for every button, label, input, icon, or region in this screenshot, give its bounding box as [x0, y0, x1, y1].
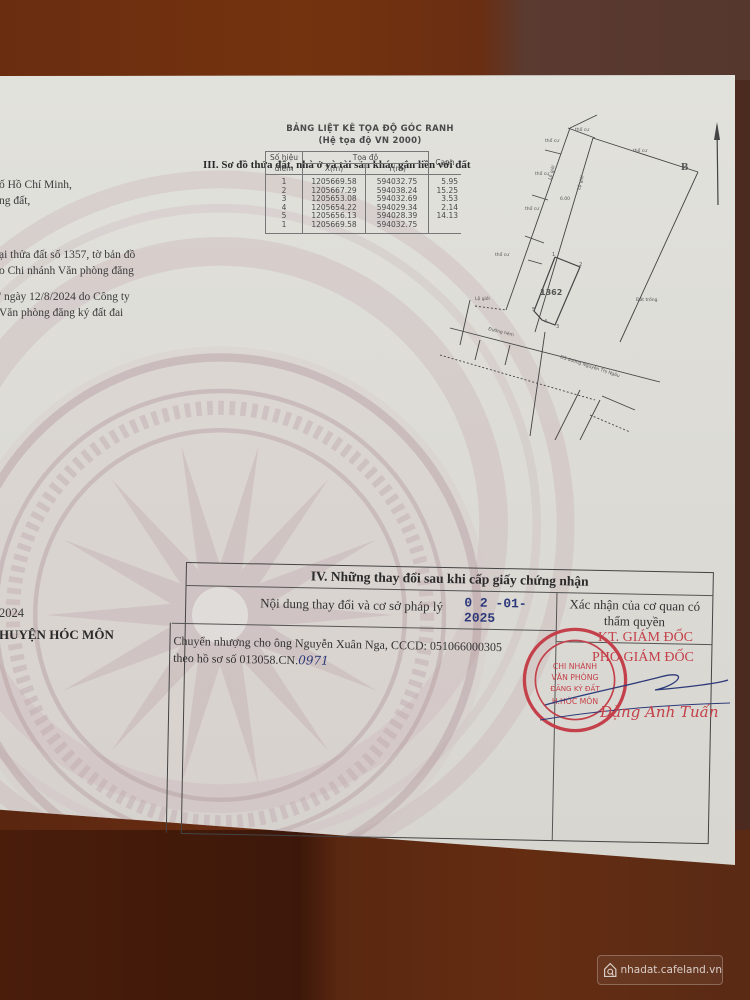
coord-cell-point: 1	[266, 175, 303, 187]
site-watermark: nhadat.cafeland.vn	[597, 955, 723, 985]
svg-text:ĐS đường Nguyễn Thị Ngâu: ĐS đường Nguyễn Thị Ngâu	[559, 353, 621, 379]
svg-text:1362: 1362	[540, 288, 562, 297]
coord-cell-y: 594032.75	[366, 175, 429, 187]
svg-text:thổ cư: thổ cư	[525, 205, 540, 212]
date-stamp: 0 2 -01- 2025	[464, 595, 557, 627]
svg-text:5: 5	[532, 307, 535, 313]
left-text-line: ại thửa đất số 1357, tờ bản đồ	[0, 249, 135, 261]
svg-text:Lộ giới: Lộ giới	[475, 295, 490, 302]
svg-text:1: 1	[552, 252, 555, 258]
svg-text:Đất trống: Đất trống	[636, 296, 658, 303]
coord-row: 41205654.22594029.342.14	[266, 204, 462, 213]
left-text-line: o Chi nhánh Văn phòng đăng	[0, 265, 134, 277]
entry-line-2: theo hồ sơ số 013058.CN.	[173, 651, 298, 667]
left-text-line: Văn phòng đăng ký đất đai	[0, 307, 123, 319]
svg-text:thổ cư: thổ cư	[575, 126, 590, 133]
coord-table-subtitle: (Hệ tọa độ VN 2000)	[280, 136, 460, 146]
coord-row: 11205669.58594032.755.95	[266, 175, 462, 187]
left-text-line: ố Hồ Chí Minh,	[0, 179, 72, 191]
sign-title-deputy: PHÓ GIÁM ĐỐC	[592, 650, 694, 666]
coord-row: 31205653.08594032.693.53	[266, 195, 462, 204]
header-point: Số hiệu điểm	[266, 152, 303, 175]
left-text-line: ng đất,	[0, 195, 30, 207]
header-coords: Tọa độ	[303, 152, 429, 164]
watermark-text: nhadat.cafeland.vn	[620, 964, 722, 976]
left-text-line: ' ngày 12/8/2024 do Công ty	[0, 291, 130, 303]
svg-text:3: 3	[556, 324, 559, 330]
svg-text:thổ cư: thổ cư	[495, 251, 510, 258]
change-entry: Chuyển nhượng cho ông Nguyễn Xuân Nga, C…	[173, 633, 554, 674]
signer-name: Đặng Anh Tuấn	[600, 703, 719, 721]
issuer-district: HUYỆN HÓC MÔN	[0, 627, 114, 643]
changes-column-header: Nội dung thay đổi và cơ sở pháp lý	[260, 595, 443, 615]
header-y: Y(m)	[366, 163, 429, 175]
parcel-map: B 1362 thổ cư thổ cư thổ cư thổ cư thổ c…	[440, 110, 720, 440]
handwritten-number: 0971	[298, 653, 329, 668]
svg-text:B: B	[681, 161, 689, 173]
svg-text:6.00: 6.00	[560, 196, 570, 202]
coord-cell-y: 594032.75	[366, 221, 429, 233]
svg-text:Lộ giới: Lộ giới	[575, 174, 586, 190]
coord-table-title: BẢNG LIỆT KÊ TỌA ĐỘ GÓC RANH	[280, 124, 460, 134]
left-text-year: 2024	[0, 606, 24, 621]
coordinate-table: Số hiệu điểm Tọa độ Cạnh X(m) Y(m) 11205…	[265, 151, 461, 234]
wood-table-top	[0, 0, 750, 80]
header-x: X(m)	[303, 163, 366, 175]
coord-row: 11205669.58594032.75	[266, 221, 462, 233]
svg-text:2: 2	[579, 262, 582, 268]
coord-row: 51205656.13594028.3914.13	[266, 212, 462, 221]
svg-text:thổ cư: thổ cư	[545, 137, 560, 144]
house-search-icon	[603, 960, 617, 980]
coord-cell-x: 1205669.58	[303, 175, 366, 187]
north-arrow-icon	[714, 122, 720, 205]
svg-text:thổ cư: thổ cư	[633, 147, 648, 154]
svg-text:4: 4	[544, 319, 547, 325]
coord-cell-x: 1205669.58	[303, 221, 366, 233]
coord-cell-point: 1	[266, 221, 303, 233]
coord-row: 21205667.29594038.2415.25	[266, 187, 462, 196]
svg-text:Đường hẻm: Đường hẻm	[488, 325, 515, 338]
sign-title-director: KT. GIÁM ĐỐC	[598, 630, 693, 646]
